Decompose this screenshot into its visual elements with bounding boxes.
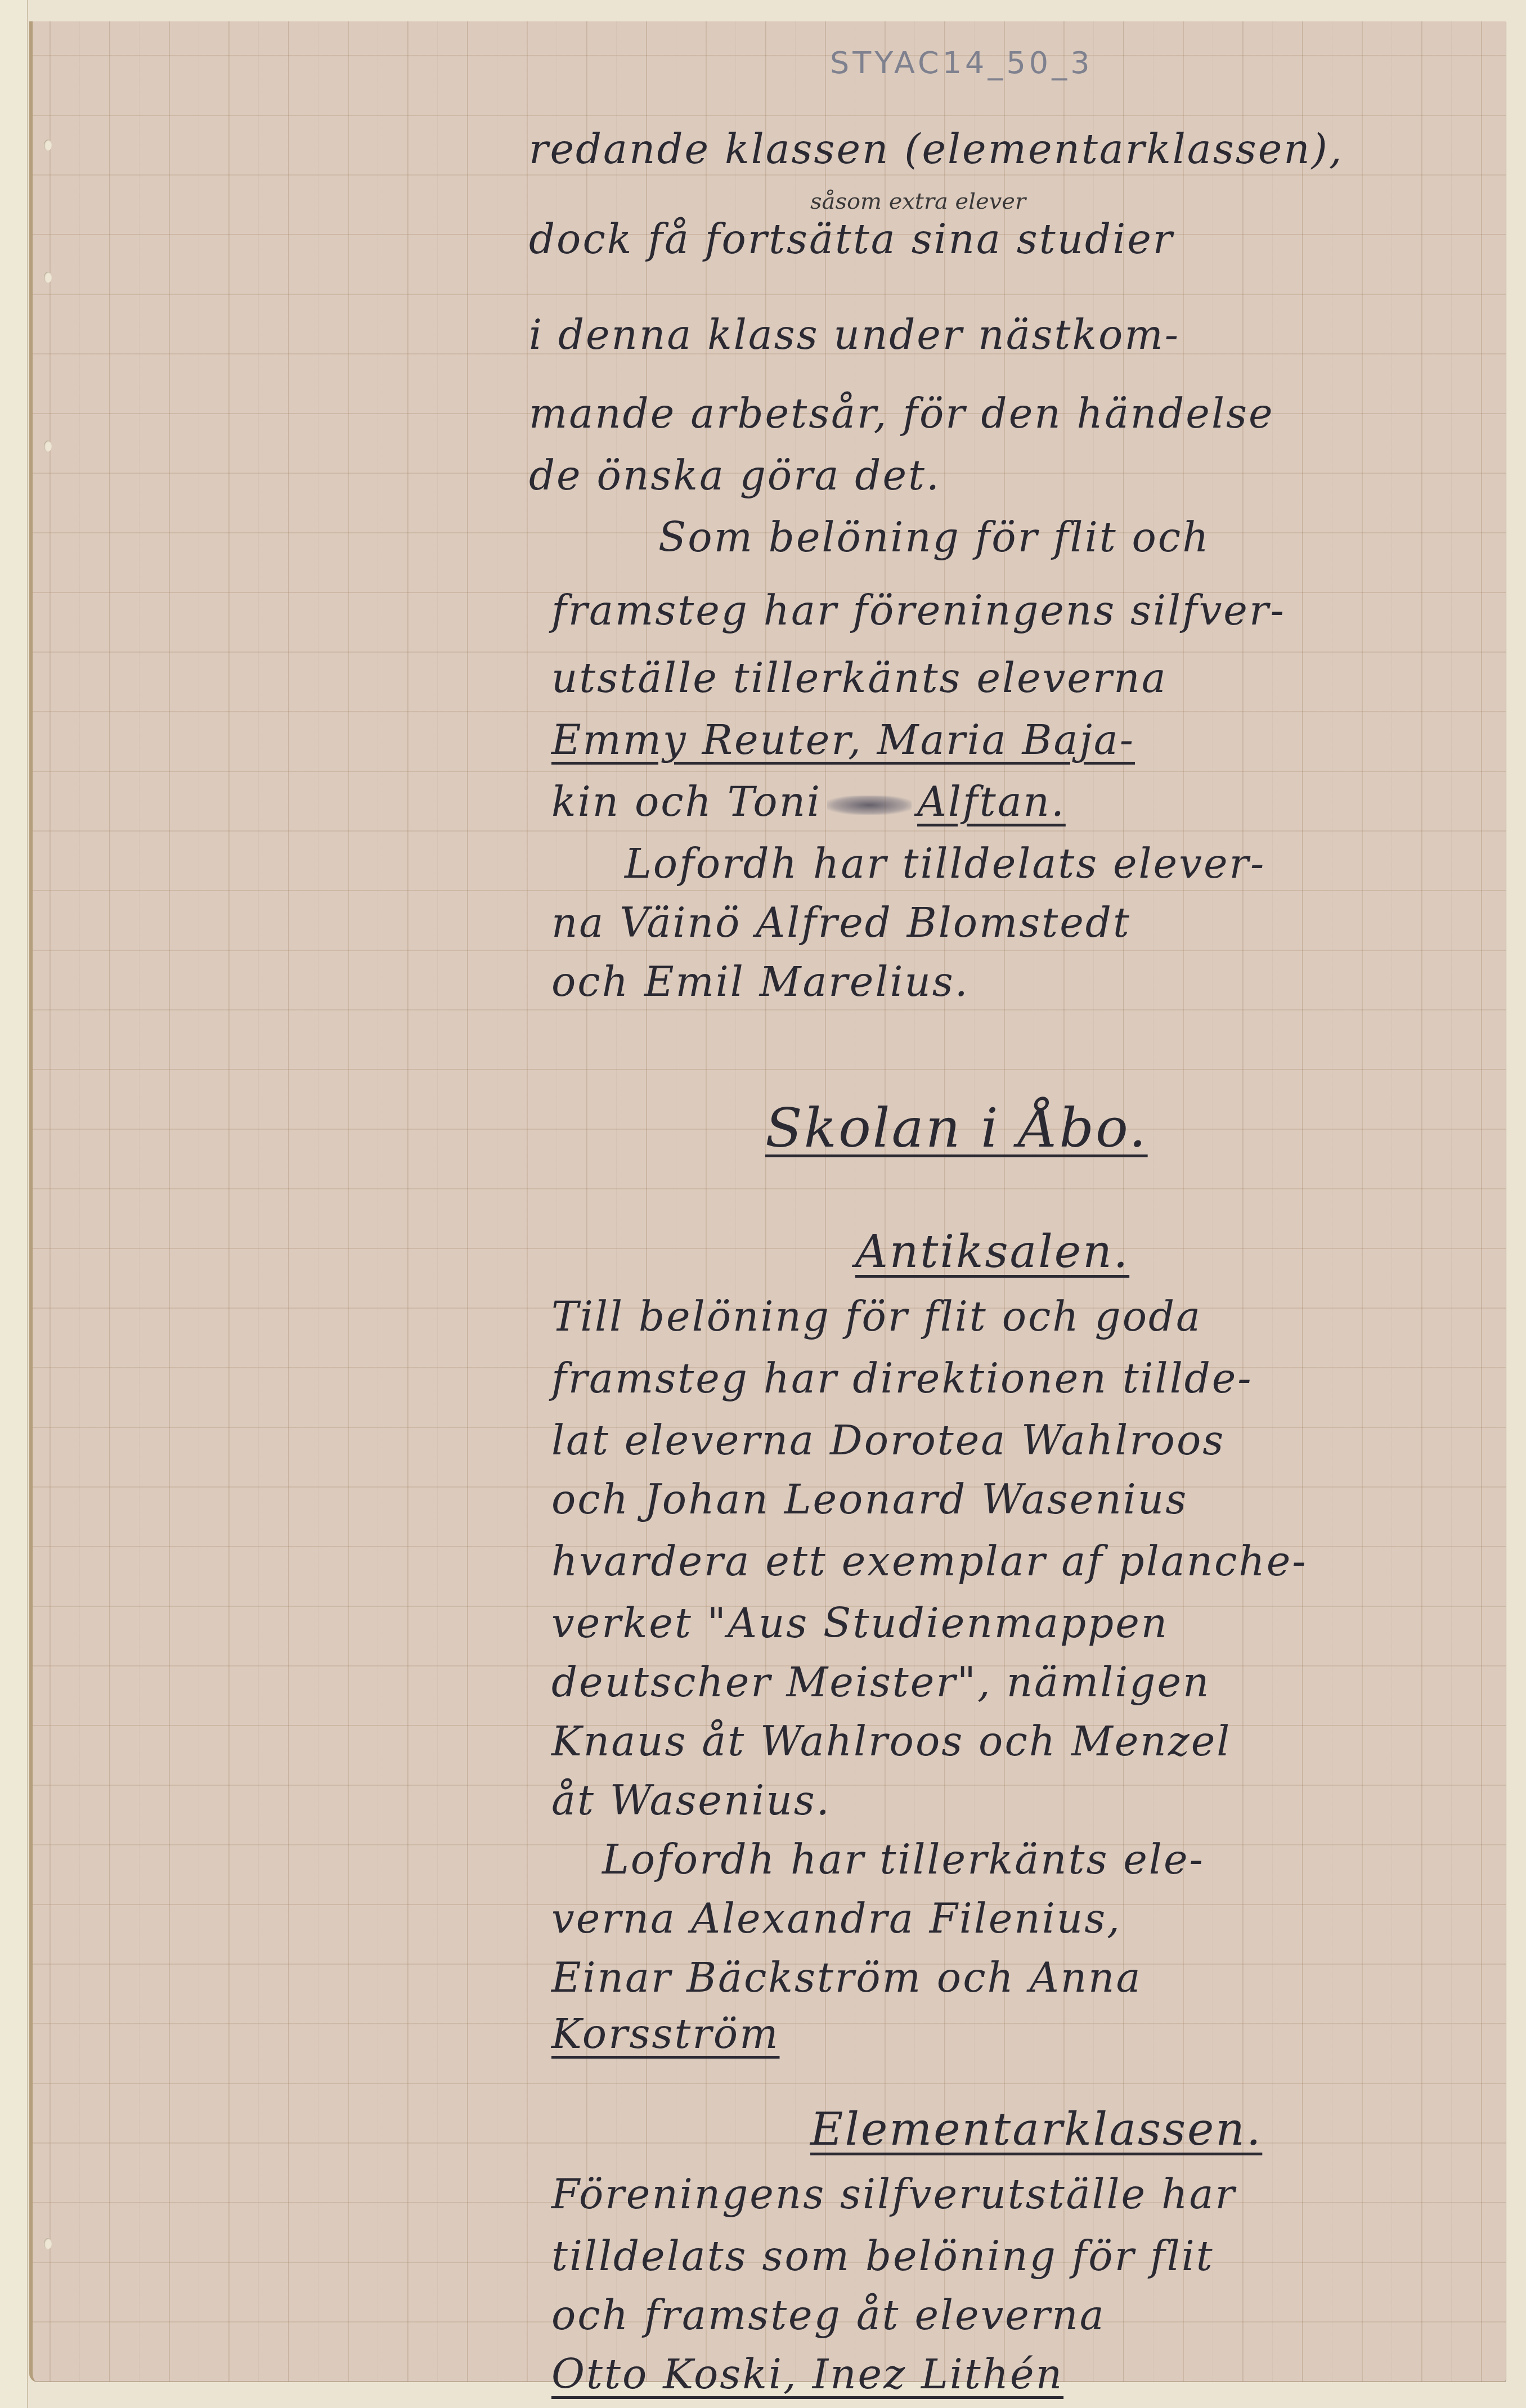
text-line: verket "Aus Studienmappen (551, 1598, 1169, 1648)
text-line: tilldelats som belöning för flit (551, 2231, 1214, 2281)
archive-id-pencil: STYAC14_50_3 (830, 45, 1093, 80)
text-fragment: kin och Toni (551, 778, 822, 825)
text-line: framsteg har direktionen tillde- (551, 1353, 1253, 1404)
interlinear-insertion: såsom extra elever (810, 188, 1026, 214)
text-line: Knaus åt Wahlroos och Menzel (551, 1716, 1231, 1767)
text-line: Som belöning för flit och (658, 512, 1210, 563)
binding-hole (44, 272, 52, 283)
text-line: redande klassen (elementarklassen), (529, 124, 1344, 174)
text-line: hvardera ett exemplar af planche- (551, 1536, 1308, 1587)
text-line: i denna klass under nästkom- (529, 309, 1180, 360)
text-line: kin och ToniAlftan. (551, 776, 1066, 827)
text-line: utställe tillerkänts eleverna (551, 653, 1168, 703)
text-line: dock få fortsätta sina studier (529, 214, 1174, 264)
text-line: de önska göra det. (529, 450, 941, 501)
student-name: Korsström (551, 2009, 780, 2059)
subsection-heading: Antiksalen. (855, 1227, 1129, 1277)
ink-smudge (827, 796, 912, 815)
student-names: och Emil Marelius. (551, 956, 970, 1007)
text-line: lat eleverna Dorotea Wahlroos (551, 1415, 1225, 1466)
text-line: Föreningens silfverutställe har (551, 2169, 1236, 2220)
binding-hole (44, 2238, 52, 2249)
text-line: Einar Bäckström och Anna (551, 1952, 1142, 2003)
text-line: Lofordh har tilldelats elever- (625, 838, 1265, 889)
text-line: Lofordh har tillerkänts ele- (602, 1834, 1205, 1885)
binding-hole (44, 140, 52, 151)
text-line: Till belöning för flit och goda (551, 1291, 1202, 1342)
text-line: deutscher Meister", nämligen (551, 1657, 1210, 1708)
text-line: åt Wasenius. (551, 1775, 831, 1826)
archive-mount-strip (0, 0, 28, 2408)
text-line: verna Alexandra Filenius, (551, 1893, 1121, 1944)
text-line: och Johan Leonard Wasenius (551, 1474, 1188, 1525)
text-line: framsteg har föreningens silfver- (551, 585, 1286, 636)
text-line: mande arbetsår, för den händelse (529, 388, 1274, 439)
student-names: Otto Koski, Inez Lithén (551, 2349, 1063, 2400)
section-heading: Skolan i Åbo. (765, 1103, 1148, 1153)
student-names: na Väinö Alfred Blomstedt (551, 897, 1131, 948)
text-line: och framsteg åt eleverna (551, 2290, 1106, 2340)
subsection-heading: Elementarklassen. (810, 2104, 1262, 2155)
student-name: Alftan. (917, 778, 1066, 825)
binding-hole (44, 441, 52, 452)
student-names: Emmy Reuter, Maria Baja- (551, 715, 1135, 765)
